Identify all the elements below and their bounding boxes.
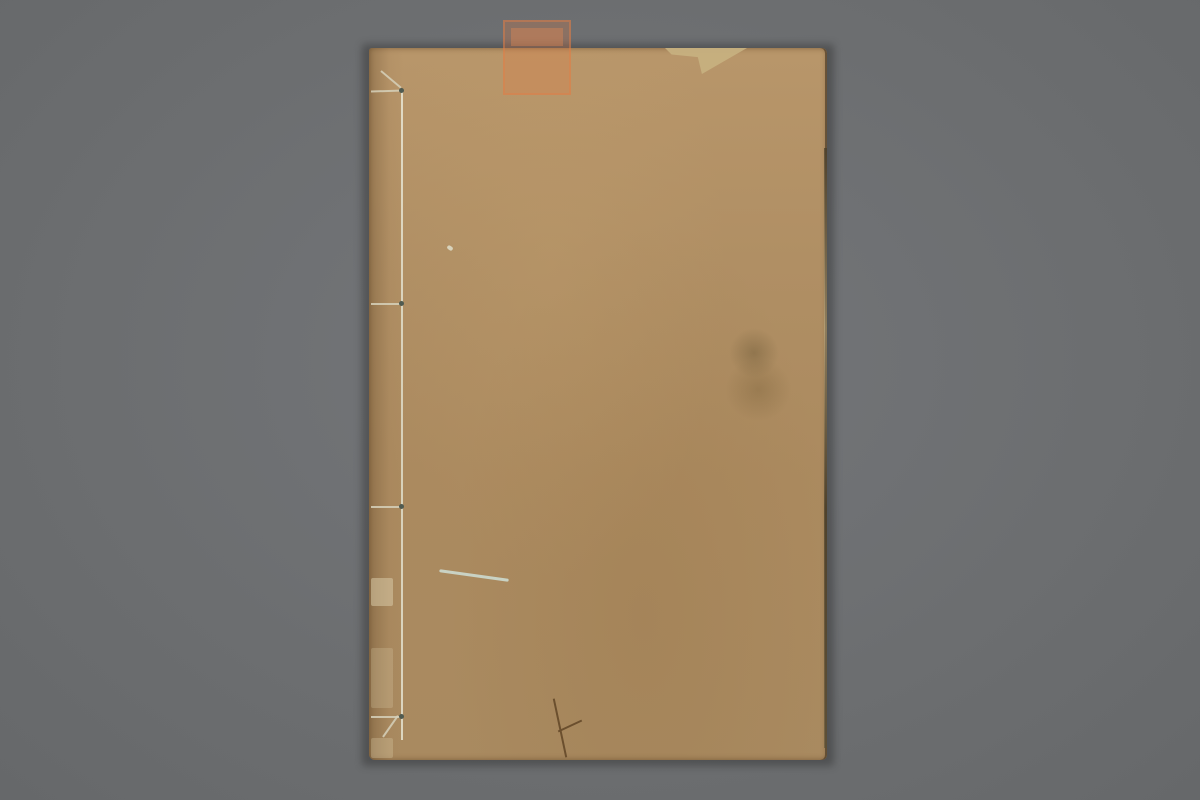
stitch-knot — [399, 301, 404, 306]
photo-scene: Photograph of an antique thread-bound (s… — [0, 0, 1200, 800]
seal-stamp — [503, 20, 571, 95]
spine-damage — [371, 578, 393, 606]
stitch-knot — [399, 504, 404, 509]
right-edge-wear — [824, 148, 827, 748]
torn-corner — [665, 48, 747, 74]
binding-thread — [401, 90, 403, 740]
stain-mark — [729, 328, 779, 378]
stitch-knot — [399, 88, 404, 93]
stitch-knot — [399, 714, 404, 719]
seal-stamp-inner — [511, 28, 563, 46]
paper-crack — [558, 720, 582, 733]
spine-damage — [371, 738, 393, 758]
paper-fleck — [446, 245, 453, 252]
scratch-mark — [439, 569, 509, 582]
spine-damage — [371, 648, 393, 708]
book-cover — [369, 48, 827, 760]
